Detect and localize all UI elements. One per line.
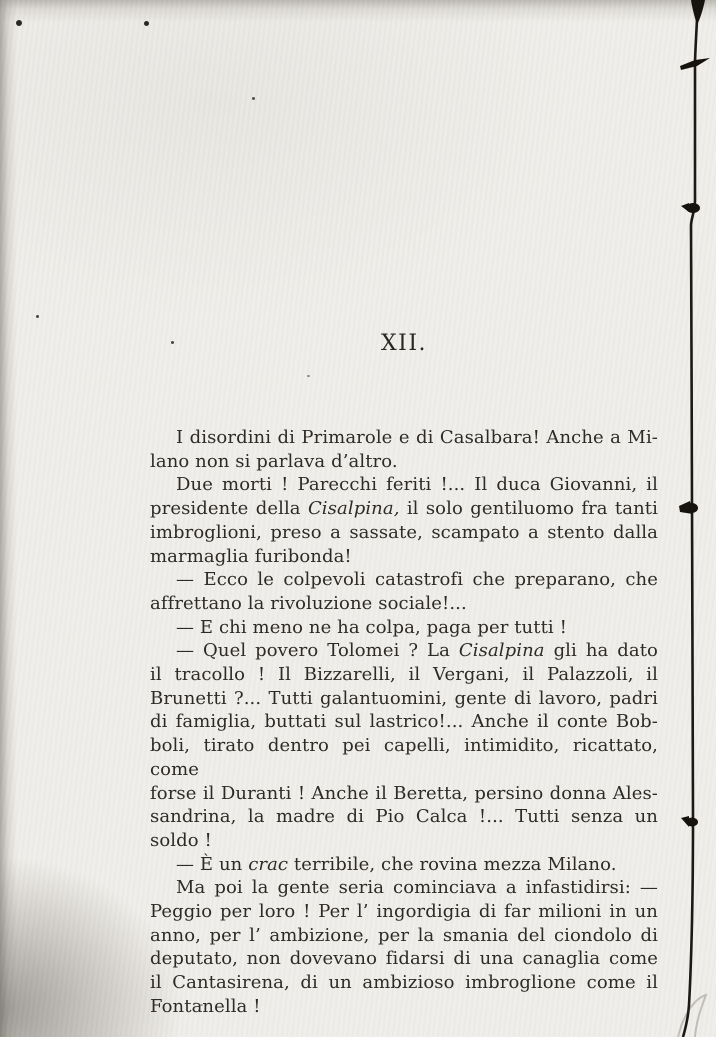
text-line: affrettano la rivoluzione sociale!... (150, 592, 658, 616)
text-segment: il solo gentiluomo fra tanti (400, 498, 658, 519)
text-block: XII. I disordini di Primarole e di Casal… (150, 333, 658, 1019)
text-segment: di famiglia, buttati sul lastrico!... An… (150, 711, 658, 732)
text-segment: forse il Duranti ! Anche il Beretta, per… (150, 783, 658, 804)
text-segment: il tracollo ! Il Bizzarelli, il Vergani,… (150, 664, 658, 685)
text-segment: boli, tirato dentro pei capelli, intimid… (150, 735, 658, 780)
text-segment: lano non si parlava d’altro. (150, 451, 398, 472)
text-line: — E chi meno ne ha colpa, paga per tutti… (150, 616, 658, 640)
text-line: il tracollo ! Il Bizzarelli, il Vergani,… (150, 663, 658, 687)
text-line: sandrina, la madre di Pio Calca !... Tut… (150, 805, 658, 852)
text-segment: anno, per l’ ambizione, per la smania de… (150, 925, 658, 946)
text-line: marmaglia furibonda! (150, 545, 658, 569)
text-segment: Peggio per loro ! Per l’ ingordigia di f… (150, 901, 658, 922)
ink-speck (144, 21, 149, 26)
text-line: — Quel povero Tolomei ? La Cisalpina gli… (150, 639, 658, 663)
text-line: lano non si parlava d’altro. (150, 450, 658, 474)
text-segment: Ma poi la gente seria cominciava a infas… (176, 877, 658, 898)
text-line: Peggio per loro ! Per l’ ingordigia di f… (150, 900, 658, 924)
text-line: Brunetti ?... Tutti galantuomini, gente … (150, 687, 658, 711)
text-segment: presidente della (150, 498, 308, 519)
paragraphs: I disordini di Primarole e di Casalbara!… (150, 426, 658, 1019)
italic-text: Cisalpina, (308, 498, 400, 519)
text-segment: il Cantasirena, di un ambizioso imbrogli… (150, 972, 658, 993)
text-segment: affrettano la rivoluzione sociale!... (150, 593, 467, 614)
text-line: il Cantasirena, di un ambizioso imbrogli… (150, 971, 658, 995)
text-segment: sandrina, la madre di Pio Calca !... Tut… (150, 806, 658, 851)
text-line: — Ecco le colpevoli catastrofi che prepa… (150, 568, 658, 592)
book-page: XII. I disordini di Primarole e di Casal… (0, 0, 716, 1037)
text-segment: I disordini di Primarole e di Casalbara!… (176, 427, 658, 448)
text-line: Ma poi la gente seria cominciava a infas… (150, 876, 658, 900)
paragraph: Due morti ! Parecchi feriti !... Il duca… (150, 473, 658, 568)
text-segment: — E chi meno ne ha colpa, paga per tutti… (176, 617, 567, 638)
text-segment: imbroglioni, preso a sassate, scampato a… (150, 522, 658, 543)
paragraph: Ma poi la gente seria cominciava a infas… (150, 876, 658, 1018)
text-segment: Brunetti ?... Tutti galantuomini, gente … (150, 688, 658, 709)
text-segment: — È un (176, 854, 248, 875)
text-segment: Fontanella ! (150, 996, 261, 1017)
text-line: boli, tirato dentro pei capelli, intimid… (150, 734, 658, 781)
ink-speck (16, 20, 22, 26)
text-segment: — Ecco le colpevoli catastrofi che prepa… (176, 569, 658, 590)
text-line: Fontanella ! (150, 995, 658, 1019)
text-line: I disordini di Primarole e di Casalbara!… (150, 426, 658, 450)
text-line: forse il Duranti ! Anche il Beretta, per… (150, 782, 658, 806)
text-segment: deputato, non dovevano fidarsi di una ca… (150, 948, 658, 969)
text-line: Due morti ! Parecchi feriti !... Il duca… (150, 473, 658, 497)
text-line: deputato, non dovevano fidarsi di una ca… (150, 947, 658, 971)
ink-speck (252, 97, 255, 100)
text-line: presidente della Cisalpina, il solo gent… (150, 497, 658, 521)
text-line: anno, per l’ ambizione, per la smania de… (150, 924, 658, 948)
text-line: di famiglia, buttati sul lastrico!... An… (150, 710, 658, 734)
chapter-heading: XII. (150, 333, 658, 355)
text-line: — È un crac terribile, che rovina mezza … (150, 853, 658, 877)
binding-thread (676, 0, 716, 1037)
paragraph: — È un crac terribile, che rovina mezza … (150, 853, 658, 877)
text-segment: gli ha dato (545, 640, 658, 661)
paragraph: I disordini di Primarole e di Casalbara!… (150, 426, 658, 473)
ink-speck (36, 315, 39, 318)
text-segment: — Quel povero Tolomei ? La (176, 640, 459, 661)
italic-text: crac (248, 854, 288, 875)
text-segment: marmaglia furibonda! (150, 546, 352, 567)
text-segment: Due morti ! Parecchi feriti !... Il duca… (176, 474, 658, 495)
paragraph: — E chi meno ne ha colpa, paga per tutti… (150, 616, 658, 640)
paragraph: — Ecco le colpevoli catastrofi che prepa… (150, 568, 658, 615)
italic-text: Cisalpina (459, 640, 545, 661)
text-segment: terribile, che rovina mezza Milano. (288, 854, 616, 875)
paragraph: — Quel povero Tolomei ? La Cisalpina gli… (150, 639, 658, 852)
text-line: imbroglioni, preso a sassate, scampato a… (150, 521, 658, 545)
